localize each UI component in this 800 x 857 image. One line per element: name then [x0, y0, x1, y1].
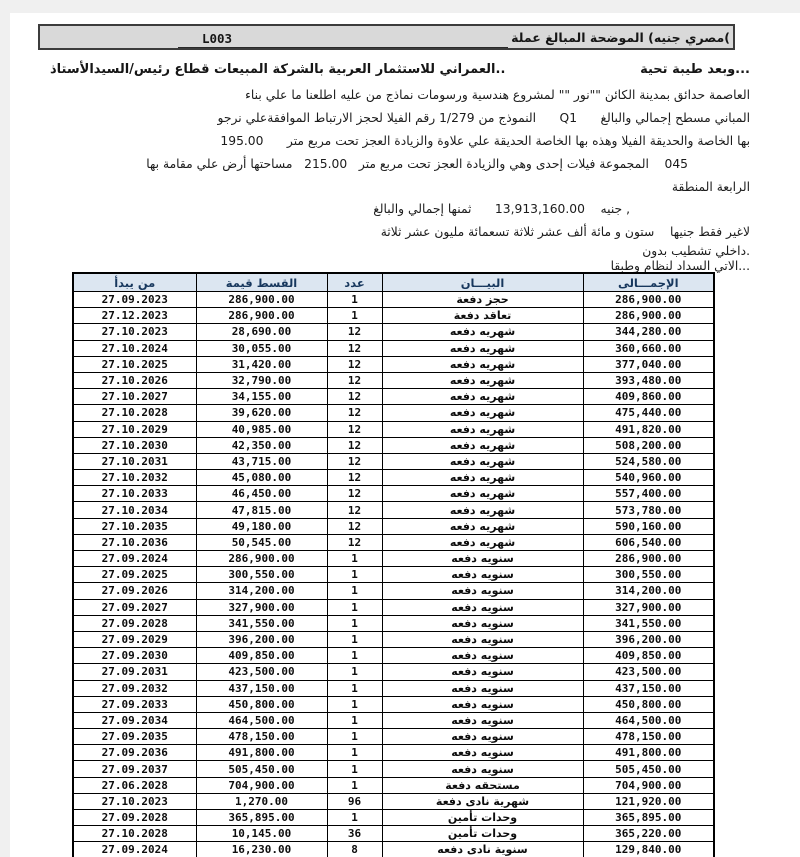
- cell-count: 12: [327, 356, 382, 372]
- cell-start-date: 27.10.2027: [73, 389, 196, 405]
- column-header-start-date: يبدأ ‎من: [73, 273, 196, 292]
- table-row: 27.10.2024 30,055.00 12 دفعه ‎شهريه 360,…: [73, 340, 714, 356]
- cell-count: 36: [327, 826, 382, 842]
- cell-total: 300,550.00: [583, 567, 714, 583]
- cell-start-date: 27.09.2023: [73, 292, 196, 308]
- cell-count: 1: [327, 810, 382, 826]
- cell-description: دفعه ‎شهريه: [382, 486, 583, 502]
- cell-installment: 43,715.00: [196, 453, 327, 469]
- table-row: 27.10.2028 39,620.00 12 دفعه ‎شهريه 475,…: [73, 405, 714, 421]
- table-row: 27.09.2035 478,150.00 1 دفعه ‎سنويه 478,…: [73, 729, 714, 745]
- cell-description: دفعه ‎شهريه: [382, 502, 583, 518]
- table-row: 27.09.2027 327,900.00 1 دفعه ‎سنويه 327,…: [73, 599, 714, 615]
- cell-count: 12: [327, 470, 382, 486]
- cell-total: 360,660.00: [583, 340, 714, 356]
- table-row: 27.10.2023 1,270.00 96 دفعة ‎نادى ‎شهرية…: [73, 793, 714, 809]
- cell-count: 1: [327, 292, 382, 308]
- cell-description: دفعة ‎نادى ‎شهرية: [382, 793, 583, 809]
- cell-installment: 437,150.00: [196, 680, 327, 696]
- cell-description: دفعة ‎تعاقد: [382, 308, 583, 324]
- cell-installment: 30,055.00: [196, 340, 327, 356]
- cell-installment: 396,200.00: [196, 631, 327, 647]
- cell-installment: 300,550.00: [196, 567, 327, 583]
- cell-count: 1: [327, 567, 382, 583]
- cell-count: 1: [327, 712, 382, 728]
- cell-start-date: 27.10.2034: [73, 502, 196, 518]
- cell-description: دفعه ‎سنويه: [382, 567, 583, 583]
- cell-description: دفعة ‎حجز: [382, 292, 583, 308]
- table-row: 27.09.2032 437,150.00 1 دفعه ‎سنويه 437,…: [73, 680, 714, 696]
- cell-description: دفعه ‎سنويه: [382, 551, 583, 567]
- cell-start-date: 27.10.2031: [73, 453, 196, 469]
- cell-installment: 464,500.00: [196, 712, 327, 728]
- cell-count: 1: [327, 308, 382, 324]
- letter-line: بها ‎مقامة ‎علي ‎أرض ‎مساحتها ‎215.00 ‎م…: [50, 153, 750, 176]
- cell-description: تأمين ‎وحدات: [382, 826, 583, 842]
- cell-description: دفعه ‎سنويه: [382, 664, 583, 680]
- cell-installment: 42,350.00: [196, 437, 327, 453]
- cell-installment: 10,145.00: [196, 826, 327, 842]
- cell-description: دفعه ‎سنويه: [382, 696, 583, 712]
- cell-description: دفعه ‎شهريه: [382, 421, 583, 437]
- cell-total: 327,900.00: [583, 599, 714, 615]
- table-row: 27.10.2036 50,545.00 12 دفعه ‎شهريه 606,…: [73, 534, 714, 550]
- cell-count: 12: [327, 340, 382, 356]
- cell-count: 12: [327, 534, 382, 550]
- cell-total: 365,220.00: [583, 826, 714, 842]
- cell-installment: 327,900.00: [196, 599, 327, 615]
- cell-count: 12: [327, 324, 382, 340]
- cell-count: 12: [327, 502, 382, 518]
- cell-total: 505,450.00: [583, 761, 714, 777]
- cell-total: 314,200.00: [583, 583, 714, 599]
- cell-installment: 46,450.00: [196, 486, 327, 502]
- cell-description: دفعة ‎مستحقه: [382, 777, 583, 793]
- cell-count: 12: [327, 453, 382, 469]
- cell-count: 8: [327, 842, 382, 857]
- cell-description: تأمين ‎وحدات: [382, 810, 583, 826]
- cell-installment: 450,800.00: [196, 696, 327, 712]
- cell-total: 491,800.00: [583, 745, 714, 761]
- cell-count: 96: [327, 793, 382, 809]
- page-left-edge: [0, 0, 10, 857]
- cell-count: 12: [327, 421, 382, 437]
- cell-count: 1: [327, 664, 382, 680]
- cell-description: دفعه ‎سنويه: [382, 648, 583, 664]
- table-row: 27.09.2030 409,850.00 1 دفعه ‎سنويه 409,…: [73, 648, 714, 664]
- schedule-table-body: 27.09.2023 286,900.00 1 دفعة ‎حجز 286,90…: [73, 292, 714, 857]
- cell-start-date: 27.10.2032: [73, 470, 196, 486]
- cell-start-date: 27.09.2028: [73, 810, 196, 826]
- letter-line: وطبقا ‎لنظام ‎السداد ‎الاتي...: [50, 259, 750, 273]
- cell-installment: 409,850.00: [196, 648, 327, 664]
- column-header-total: الإجمـــالى: [583, 273, 714, 292]
- cell-installment: 50,545.00: [196, 534, 327, 550]
- cell-count: 12: [327, 437, 382, 453]
- cell-start-date: 27.10.2026: [73, 372, 196, 388]
- letter-line: بناء ‎علي ‎ما ‎اطلعنا ‎عليه ‎من ‎نماذج ‎…: [50, 83, 750, 107]
- table-row: 27.10.2034 47,815.00 12 دفعه ‎شهريه 573,…: [73, 502, 714, 518]
- cell-description: دفعه ‎سنويه: [382, 712, 583, 728]
- cell-description: دفعه ‎سنويه: [382, 599, 583, 615]
- cell-count: 1: [327, 696, 382, 712]
- letter-line: 195.00 ‎متر ‎مربع ‎تحت ‎العجز ‎والزيادة …: [50, 130, 750, 153]
- cell-total: 121,920.00: [583, 793, 714, 809]
- code-underline: [178, 47, 508, 49]
- letter-line: بدون ‎تشطيب ‎داخلي.: [50, 243, 750, 259]
- cell-start-date: 27.09.2032: [73, 680, 196, 696]
- letter-line: والبالغ ‎إجمالي ‎ثمنها ‎13,913,160.00 ‎ج…: [50, 198, 750, 221]
- code-value: L003: [172, 29, 262, 48]
- cell-total: 396,200.00: [583, 631, 714, 647]
- cell-installment: 1,270.00: [196, 793, 327, 809]
- table-row: 27.10.2033 46,450.00 12 دفعه ‎شهريه 557,…: [73, 486, 714, 502]
- cell-start-date: 27.10.2033: [73, 486, 196, 502]
- letter-line: نرجو ‎الموافقةعلي ‎الارتباط ‎لحجز ‎الفيل…: [50, 107, 750, 130]
- cell-start-date: 27.09.2027: [73, 599, 196, 615]
- cell-description: دفعه ‎شهريه: [382, 340, 583, 356]
- cell-start-date: 27.09.2025: [73, 567, 196, 583]
- cell-description: دفعه ‎سنويه: [382, 745, 583, 761]
- cell-count: 1: [327, 583, 382, 599]
- cell-start-date: 27.10.2028: [73, 405, 196, 421]
- cell-description: دفعه ‎نادى ‎سنوية: [382, 842, 583, 857]
- cell-start-date: 27.09.2033: [73, 696, 196, 712]
- cell-count: 1: [327, 777, 382, 793]
- cell-total: 286,900.00: [583, 308, 714, 324]
- cell-installment: 32,790.00: [196, 372, 327, 388]
- cell-count: 1: [327, 729, 382, 745]
- cell-start-date: 27.09.2029: [73, 631, 196, 647]
- cell-count: 12: [327, 486, 382, 502]
- cell-description: دفعه ‎شهريه: [382, 372, 583, 388]
- column-header-installment: قيمة ‎القسط: [196, 273, 327, 292]
- cell-start-date: 27.09.2028: [73, 615, 196, 631]
- cell-total: 524,580.00: [583, 453, 714, 469]
- page-top-edge: [0, 0, 800, 13]
- cell-installment: 423,500.00: [196, 664, 327, 680]
- cell-count: 1: [327, 599, 382, 615]
- cell-description: دفعه ‎سنويه: [382, 631, 583, 647]
- cell-description: دفعه ‎سنويه: [382, 680, 583, 696]
- cell-description: دفعه ‎شهريه: [382, 389, 583, 405]
- cell-start-date: 27.10.2035: [73, 518, 196, 534]
- letter-line: ثلاثة ‎عشر ‎مليون ‎تسعمائة ‎ثلاثة ‎عشر ‎…: [50, 221, 750, 243]
- table-row: 27.09.2024 16,230.00 8 دفعه ‎نادى ‎سنوية…: [73, 842, 714, 857]
- table-row: 27.10.2026 32,790.00 12 دفعه ‎شهريه 393,…: [73, 372, 714, 388]
- table-row: 27.09.2025 300,550.00 1 دفعه ‎سنويه 300,…: [73, 567, 714, 583]
- cell-start-date: 27.09.2024: [73, 842, 196, 857]
- cell-total: 475,440.00: [583, 405, 714, 421]
- cell-description: دفعه ‎شهريه: [382, 453, 583, 469]
- column-header-description: البيـــان: [382, 273, 583, 292]
- cell-start-date: 27.09.2034: [73, 712, 196, 728]
- cell-total: 393,480.00: [583, 372, 714, 388]
- cell-description: دفعه ‎شهريه: [382, 324, 583, 340]
- cell-installment: 286,900.00: [196, 308, 327, 324]
- cell-count: 12: [327, 518, 382, 534]
- cell-total: 478,150.00: [583, 729, 714, 745]
- cell-installment: 314,200.00: [196, 583, 327, 599]
- cell-count: 1: [327, 680, 382, 696]
- cell-total: 365,895.00: [583, 810, 714, 826]
- table-row: 27.12.2023 286,900.00 1 دفعة ‎تعاقد 286,…: [73, 308, 714, 324]
- column-header-count: عدد: [327, 273, 382, 292]
- cell-start-date: 27.09.2035: [73, 729, 196, 745]
- cell-count: 12: [327, 389, 382, 405]
- cell-installment: 31,420.00: [196, 356, 327, 372]
- cell-total: 344,280.00: [583, 324, 714, 340]
- cell-total: 409,860.00: [583, 389, 714, 405]
- table-row: 27.10.2030 42,350.00 12 دفعه ‎شهريه 508,…: [73, 437, 714, 453]
- cell-installment: 286,900.00: [196, 292, 327, 308]
- cell-start-date: 27.10.2028: [73, 826, 196, 842]
- cell-installment: 286,900.00: [196, 551, 327, 567]
- cell-count: 12: [327, 372, 382, 388]
- cell-total: 491,820.00: [583, 421, 714, 437]
- cell-start-date: 27.10.2025: [73, 356, 196, 372]
- cell-total: 377,040.00: [583, 356, 714, 372]
- table-header-row: يبدأ ‎من قيمة ‎القسط عدد البيـــان الإجم…: [73, 273, 714, 292]
- cell-total: 341,550.00: [583, 615, 714, 631]
- cell-installment: 491,800.00: [196, 745, 327, 761]
- cell-start-date: 27.09.2031: [73, 664, 196, 680]
- table-row: 27.10.2028 10,145.00 36 تأمين ‎وحدات 365…: [73, 826, 714, 842]
- cell-start-date: 27.10.2036: [73, 534, 196, 550]
- table-row: 27.10.2035 49,180.00 12 دفعه ‎شهريه 590,…: [73, 518, 714, 534]
- cell-total: 590,160.00: [583, 518, 714, 534]
- cell-total: 557,400.00: [583, 486, 714, 502]
- table-row: 27.10.2032 45,080.00 12 دفعه ‎شهريه 540,…: [73, 470, 714, 486]
- salutation-line: السيدالأستاذ/‎رئيس ‎قطاع ‎المبيعات ‎بالش…: [50, 55, 750, 83]
- cell-total: 508,200.00: [583, 437, 714, 453]
- letter-line: المنطقة ‎الرابعة: [50, 176, 750, 198]
- table-row: 27.09.2033 450,800.00 1 دفعه ‎سنويه 450,…: [73, 696, 714, 712]
- cell-installment: 49,180.00: [196, 518, 327, 534]
- cell-installment: 16,230.00: [196, 842, 327, 857]
- table-row: 27.09.2034 464,500.00 1 دفعه ‎سنويه 464,…: [73, 712, 714, 728]
- cell-count: 1: [327, 761, 382, 777]
- cell-start-date: 27.09.2030: [73, 648, 196, 664]
- cell-total: 606,540.00: [583, 534, 714, 550]
- currency-box: عملة ‎المبالغ ‎الموضحة ‎(جنيه ‎مصري( L00…: [38, 24, 735, 50]
- cell-total: 464,500.00: [583, 712, 714, 728]
- cell-count: 1: [327, 551, 382, 567]
- cell-installment: 47,815.00: [196, 502, 327, 518]
- cell-description: دفعه ‎شهريه: [382, 518, 583, 534]
- cell-total: 286,900.00: [583, 292, 714, 308]
- cell-start-date: 27.10.2030: [73, 437, 196, 453]
- table-row: 27.09.2037 505,450.00 1 دفعه ‎سنويه 505,…: [73, 761, 714, 777]
- payment-schedule-table: يبدأ ‎من قيمة ‎القسط عدد البيـــان الإجم…: [72, 272, 715, 857]
- letter-body: السيدالأستاذ/‎رئيس ‎قطاع ‎المبيعات ‎بالش…: [50, 55, 750, 273]
- cell-start-date: 27.10.2029: [73, 421, 196, 437]
- salutation-main: السيدالأستاذ/‎رئيس ‎قطاع ‎المبيعات ‎بالش…: [50, 62, 505, 77]
- cell-start-date: 27.10.2023: [73, 324, 196, 340]
- cell-installment: 40,985.00: [196, 421, 327, 437]
- cell-description: دفعه ‎سنويه: [382, 761, 583, 777]
- table-row: 27.09.2028 365,895.00 1 تأمين ‎وحدات 365…: [73, 810, 714, 826]
- cell-total: 423,500.00: [583, 664, 714, 680]
- cell-installment: 34,155.00: [196, 389, 327, 405]
- cell-installment: 478,150.00: [196, 729, 327, 745]
- cell-count: 1: [327, 745, 382, 761]
- cell-total: 409,850.00: [583, 648, 714, 664]
- cell-count: 1: [327, 615, 382, 631]
- table-row: 27.10.2027 34,155.00 12 دفعه ‎شهريه 409,…: [73, 389, 714, 405]
- cell-description: دفعه ‎شهريه: [382, 405, 583, 421]
- table-row: 27.09.2028 341,550.00 1 دفعه ‎سنويه 341,…: [73, 615, 714, 631]
- cell-start-date: 27.09.2037: [73, 761, 196, 777]
- cell-description: دفعه ‎شهريه: [382, 356, 583, 372]
- cell-installment: 704,900.00: [196, 777, 327, 793]
- currency-title: عملة ‎المبالغ ‎الموضحة ‎(جنيه ‎مصري(: [511, 28, 730, 48]
- document-page: عملة ‎المبالغ ‎الموضحة ‎(جنيه ‎مصري( L00…: [0, 0, 800, 857]
- cell-start-date: 27.09.2036: [73, 745, 196, 761]
- table-row: 27.10.2029 40,985.00 12 دفعه ‎شهريه 491,…: [73, 421, 714, 437]
- cell-installment: 45,080.00: [196, 470, 327, 486]
- cell-total: 540,960.00: [583, 470, 714, 486]
- table-row: 27.09.2024 286,900.00 1 دفعه ‎سنويه 286,…: [73, 551, 714, 567]
- cell-description: دفعه ‎شهريه: [382, 437, 583, 453]
- cell-installment: 341,550.00: [196, 615, 327, 631]
- cell-installment: 365,895.00: [196, 810, 327, 826]
- cell-start-date: 27.10.2023: [73, 793, 196, 809]
- table-row: 27.06.2028 704,900.00 1 دفعة ‎مستحقه 704…: [73, 777, 714, 793]
- cell-description: دفعه ‎سنويه: [382, 583, 583, 599]
- table-row: 27.09.2029 396,200.00 1 دفعه ‎سنويه 396,…: [73, 631, 714, 647]
- table-row: 27.09.2036 491,800.00 1 دفعه ‎سنويه 491,…: [73, 745, 714, 761]
- cell-start-date: 27.09.2024: [73, 551, 196, 567]
- cell-installment: 28,690.00: [196, 324, 327, 340]
- table-row: 27.09.2031 423,500.00 1 دفعه ‎سنويه 423,…: [73, 664, 714, 680]
- table-row: 27.09.2026 314,200.00 1 دفعه ‎سنويه 314,…: [73, 583, 714, 599]
- cell-description: دفعه ‎سنويه: [382, 615, 583, 631]
- cell-total: 573,780.00: [583, 502, 714, 518]
- cell-total: 704,900.00: [583, 777, 714, 793]
- cell-start-date: 27.12.2023: [73, 308, 196, 324]
- cell-count: 1: [327, 631, 382, 647]
- cell-total: 437,150.00: [583, 680, 714, 696]
- cell-start-date: 27.06.2028: [73, 777, 196, 793]
- cell-start-date: 27.10.2024: [73, 340, 196, 356]
- cell-total: 450,800.00: [583, 696, 714, 712]
- cell-count: 1: [327, 648, 382, 664]
- cell-description: دفعه ‎سنويه: [382, 729, 583, 745]
- salutation-greeting: تحية ‎طيبة ‎وبعد...: [640, 62, 750, 77]
- table-row: 27.09.2023 286,900.00 1 دفعة ‎حجز 286,90…: [73, 292, 714, 308]
- cell-start-date: 27.09.2026: [73, 583, 196, 599]
- table-row: 27.10.2031 43,715.00 12 دفعه ‎شهريه 524,…: [73, 453, 714, 469]
- cell-description: دفعه ‎شهريه: [382, 534, 583, 550]
- table-row: 27.10.2025 31,420.00 12 دفعه ‎شهريه 377,…: [73, 356, 714, 372]
- cell-description: دفعه ‎شهريه: [382, 470, 583, 486]
- cell-total: 129,840.00: [583, 842, 714, 857]
- cell-installment: 39,620.00: [196, 405, 327, 421]
- table-row: 27.10.2023 28,690.00 12 دفعه ‎شهريه 344,…: [73, 324, 714, 340]
- cell-total: 286,900.00: [583, 551, 714, 567]
- cell-installment: 505,450.00: [196, 761, 327, 777]
- cell-count: 12: [327, 405, 382, 421]
